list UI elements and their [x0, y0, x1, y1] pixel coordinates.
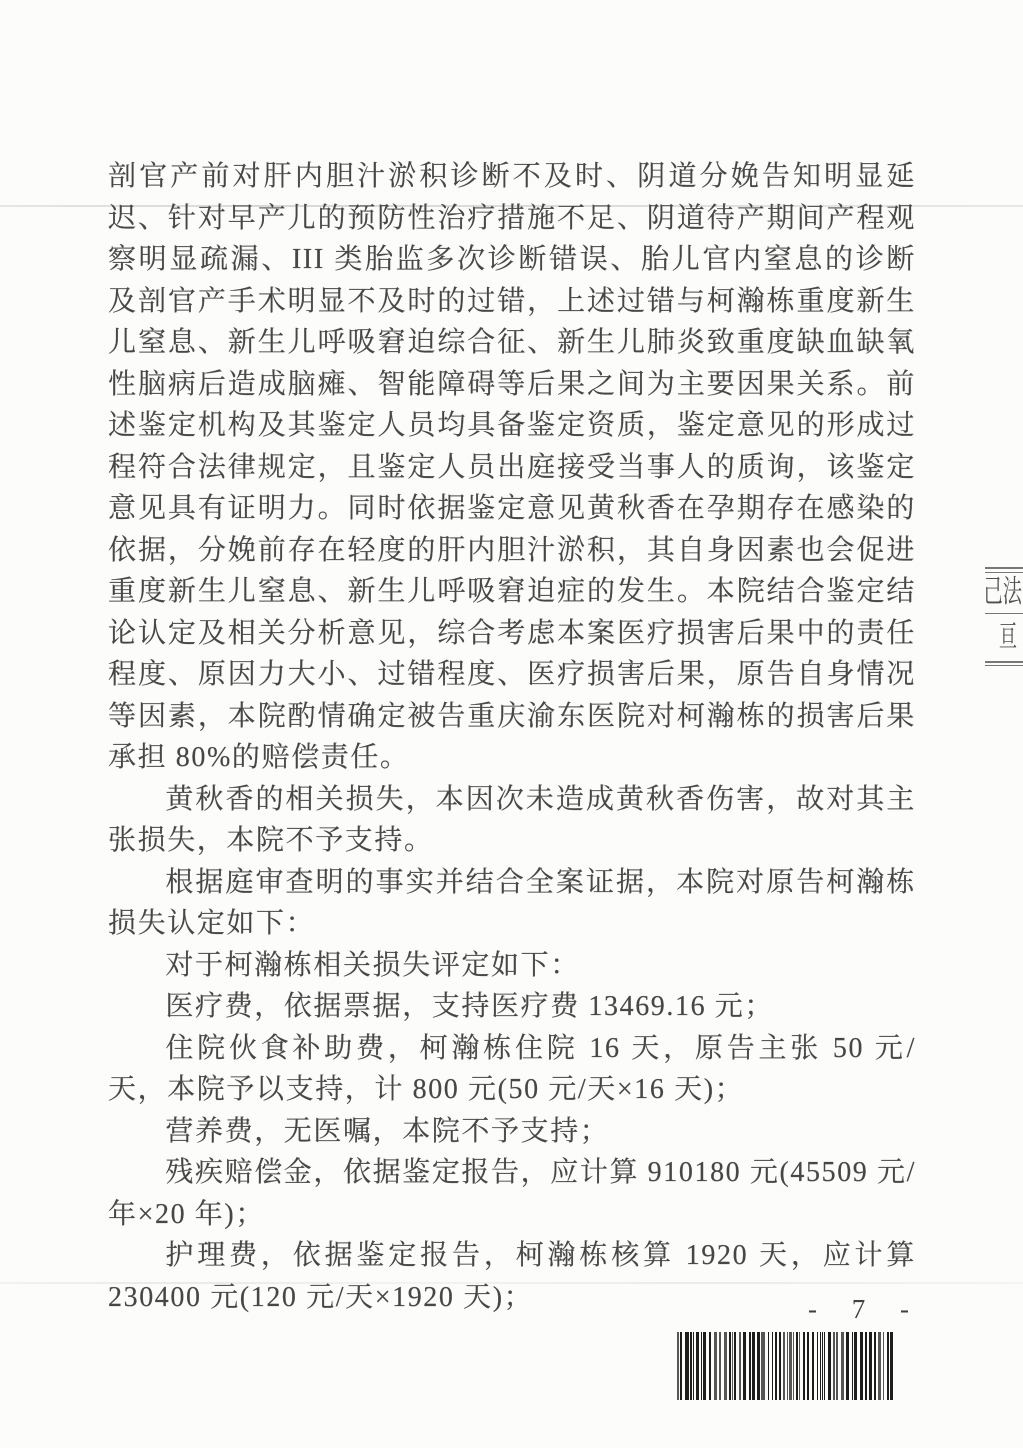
judgment-text-block: 剖官产前对肝内胆汁淤积诊断不及时、阴道分娩告知明显延迟、针对早产儿的预防性治疗措… — [108, 156, 916, 1318]
paragraph: 残疾赔偿金，依据鉴定报告，应计算 910180 元(45509 元/年×20 年… — [108, 1152, 916, 1235]
stamp-rule — [985, 567, 1023, 569]
stamp-rule — [985, 665, 1023, 666]
paragraph: 护理费，依据鉴定报告，柯瀚栋核算 1920 天，应计算 230400 元(120… — [108, 1235, 916, 1318]
scanned-judgment-page: 剖官产前对肝内胆汁淤积诊断不及时、阴道分娩告知明显延迟、针对早产儿的预防性治疗措… — [0, 0, 1023, 1448]
paragraph: 剖官产前对肝内胆汁淤积诊断不及时、阴道分娩告知明显延迟、针对早产儿的预防性治疗措… — [108, 156, 916, 779]
stamp-rule — [985, 613, 1023, 614]
paragraph: 住院伙食补助费，柯瀚栋住院 16 天，原告主张 50 元/天，本院予以支持，计 … — [108, 1028, 916, 1111]
stamp-rule — [985, 661, 1023, 663]
paragraph: 医疗费，依据票据，支持医疗费 13469.16 元； — [108, 986, 916, 1028]
barcode — [677, 1332, 893, 1400]
edge-stamp-fragment: 己法 亘 — [983, 563, 1023, 669]
stamp-characters-row1: 己法 — [984, 575, 1022, 609]
paragraph: 营养费，无医嘱，本院不予支持； — [108, 1111, 916, 1153]
barcode-image — [677, 1332, 893, 1400]
paragraph: 根据庭审查明的事实并结合全案证据，本院对原告柯瀚栋损失认定如下： — [108, 862, 916, 945]
stamp-characters-row2: 亘 — [999, 620, 1017, 654]
page-number: - 7 - — [808, 1294, 908, 1325]
paragraph: 对于柯瀚栋相关损失评定如下： — [108, 945, 916, 987]
stamp-rule — [985, 572, 1023, 573]
paragraph: 黄秋香的相关损失，本因次未造成黄秋香伤害，故对其主张损失，本院不予支持。 — [108, 779, 916, 862]
